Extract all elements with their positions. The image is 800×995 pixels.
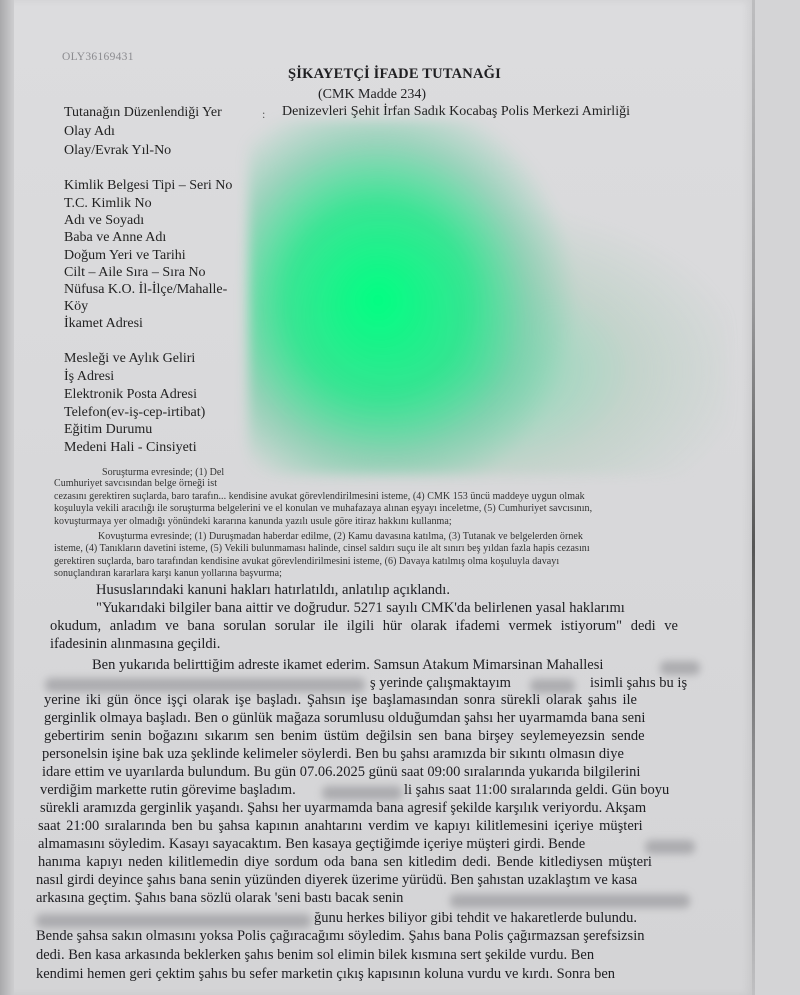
statement-line: okudum, anladım ve bana sorulan sorular …	[50, 618, 678, 635]
field-value-place: Denizevleri Şehit İrfan Sadık Kocabaş Po…	[282, 104, 630, 120]
field-label-event-name: Olay Adı	[64, 124, 115, 140]
rights-line: gerektiren suçlarda, baro tarafından ken…	[54, 556, 559, 567]
field-label-tc-no: T.C. Kimlik No	[64, 196, 152, 212]
statement-line: personelsin işine bak uza şeklinde kelim…	[42, 746, 624, 763]
rights-line: koşuluyla vekili aracılığı ile soruşturm…	[54, 503, 592, 514]
field-label-id-type: Kimlik Belgesi Tipi – Seri No	[64, 178, 232, 194]
statement-line: arkasına geçtim. Şahıs bana sözlü olarak…	[36, 890, 403, 907]
document-subtitle: (CMK Madde 234)	[318, 87, 426, 103]
document-title: ŞİKAYETÇİ İFADE TUTANAĞI	[288, 66, 501, 83]
redacted-text	[45, 678, 365, 692]
statement-line: Hususlarındaki kanuni hakları hatırlatıl…	[96, 582, 450, 599]
statement-line: idare ettim ve uyarılarda bulundum. Bu g…	[42, 764, 640, 781]
redacted-text	[645, 840, 695, 854]
statement-line: "Yukarıdaki bilgiler bana aittir ve doğr…	[96, 600, 625, 617]
statement-line: almamasını söyledim. Kasayı sayacaktım. …	[38, 836, 585, 853]
rights-line: isteme, (4) Tanıkların davetini isteme, …	[54, 543, 590, 554]
document-id: OLY36169431	[62, 51, 134, 63]
statement-line: gebertirim senin boğazını sıkarım sen be…	[44, 728, 645, 745]
field-label-village: Köy	[64, 299, 88, 315]
field-label-registry-place: Nüfusa K.O. İl-İlçe/Mahalle-	[64, 282, 227, 298]
field-label-education: Eğitim Durumu	[64, 422, 152, 438]
rights-line: Soruşturma evresinde; (1) Del	[102, 467, 224, 478]
background-sheet	[755, 0, 800, 995]
field-label-birth: Doğum Yeri ve Tarihi	[64, 248, 186, 264]
redacted-text	[450, 894, 690, 908]
rights-line: cezasını gerektiren suçlarda, baro taraf…	[54, 491, 585, 502]
rights-line: kovuşturmaya yer olmadığı yönündeki kara…	[54, 516, 452, 527]
statement-line: verdiğim markette rutin görevime başladı…	[40, 782, 296, 799]
rights-line: Cumhuriyet savcısından belge örneği ist	[54, 478, 217, 489]
field-label-place: Tutanağın Düzenlendiği Yer	[64, 105, 222, 121]
field-label-email: Elektronik Posta Adresi	[64, 387, 197, 403]
statement-line: ifadesinin alınmasına geçildi.	[50, 636, 220, 653]
field-label-registry: Cilt – Aile Sıra – Sıra No	[64, 265, 206, 281]
statement-line: gerginlik olmaya başladı. Ben o günlük m…	[44, 710, 645, 727]
redacted-text	[36, 914, 311, 928]
statement-line: dedi. Ben kasa arkasında beklerken şahıs…	[36, 947, 594, 964]
field-label-address: İkamet Adresi	[64, 316, 143, 332]
field-label-work-address: İş Adresi	[64, 369, 114, 385]
rights-line: Kovuşturma evresinde; (1) Duruşmadan hab…	[98, 531, 583, 542]
redacted-text	[530, 679, 575, 693]
statement-line: sürekli aramızda gerginlik yaşandı. Şahs…	[40, 800, 646, 817]
statement-line: nasıl girdi deyince şahıs bana senin yüz…	[36, 872, 637, 889]
field-label-name: Adı ve Soyadı	[64, 213, 144, 229]
statement-line: Bende şahsa sakın olmasını yoksa Polis ç…	[36, 928, 644, 945]
field-label-occupation: Mesleği ve Aylık Geliri	[64, 351, 195, 367]
redacted-text	[660, 661, 700, 675]
field-label-phone: Telefon(ev-iş-cep-irtibat)	[64, 405, 205, 421]
field-label-parents: Baba ve Anne Adı	[64, 230, 166, 246]
statement-line: kendimi hemen geri çektim şahıs bu sefer…	[36, 966, 615, 983]
statement-line: ğunu herkes biliyor gibi tehdit ve hakar…	[314, 910, 637, 927]
statement-line: ş yerinde çalışmaktayım	[370, 675, 511, 692]
statement-line: yerine iki gün önce işçi olarak işe başl…	[44, 692, 637, 709]
field-label-event-year-no: Olay/Evrak Yıl-No	[64, 143, 171, 159]
statement-line: hanıma kapıyı neden kilitlemedin diye so…	[38, 854, 652, 871]
statement-line: saat 21:00 sıralarında ben bu şahsa kapı…	[38, 818, 643, 835]
redacted-text	[322, 786, 402, 800]
statement-line: isimli şahıs bu iş	[590, 675, 687, 692]
statement-line: li şahıs saat 11:00 sıralarında geldi. G…	[404, 782, 669, 799]
field-label-marital-gender: Medeni Hali - Cinsiyeti	[64, 440, 197, 456]
rights-line: sonuçlandıran kararlara karşı kanun yoll…	[54, 568, 282, 579]
statement-line: Ben yukarıda belirttiğim adreste ikamet …	[92, 657, 603, 674]
redaction-overlay	[248, 120, 728, 475]
